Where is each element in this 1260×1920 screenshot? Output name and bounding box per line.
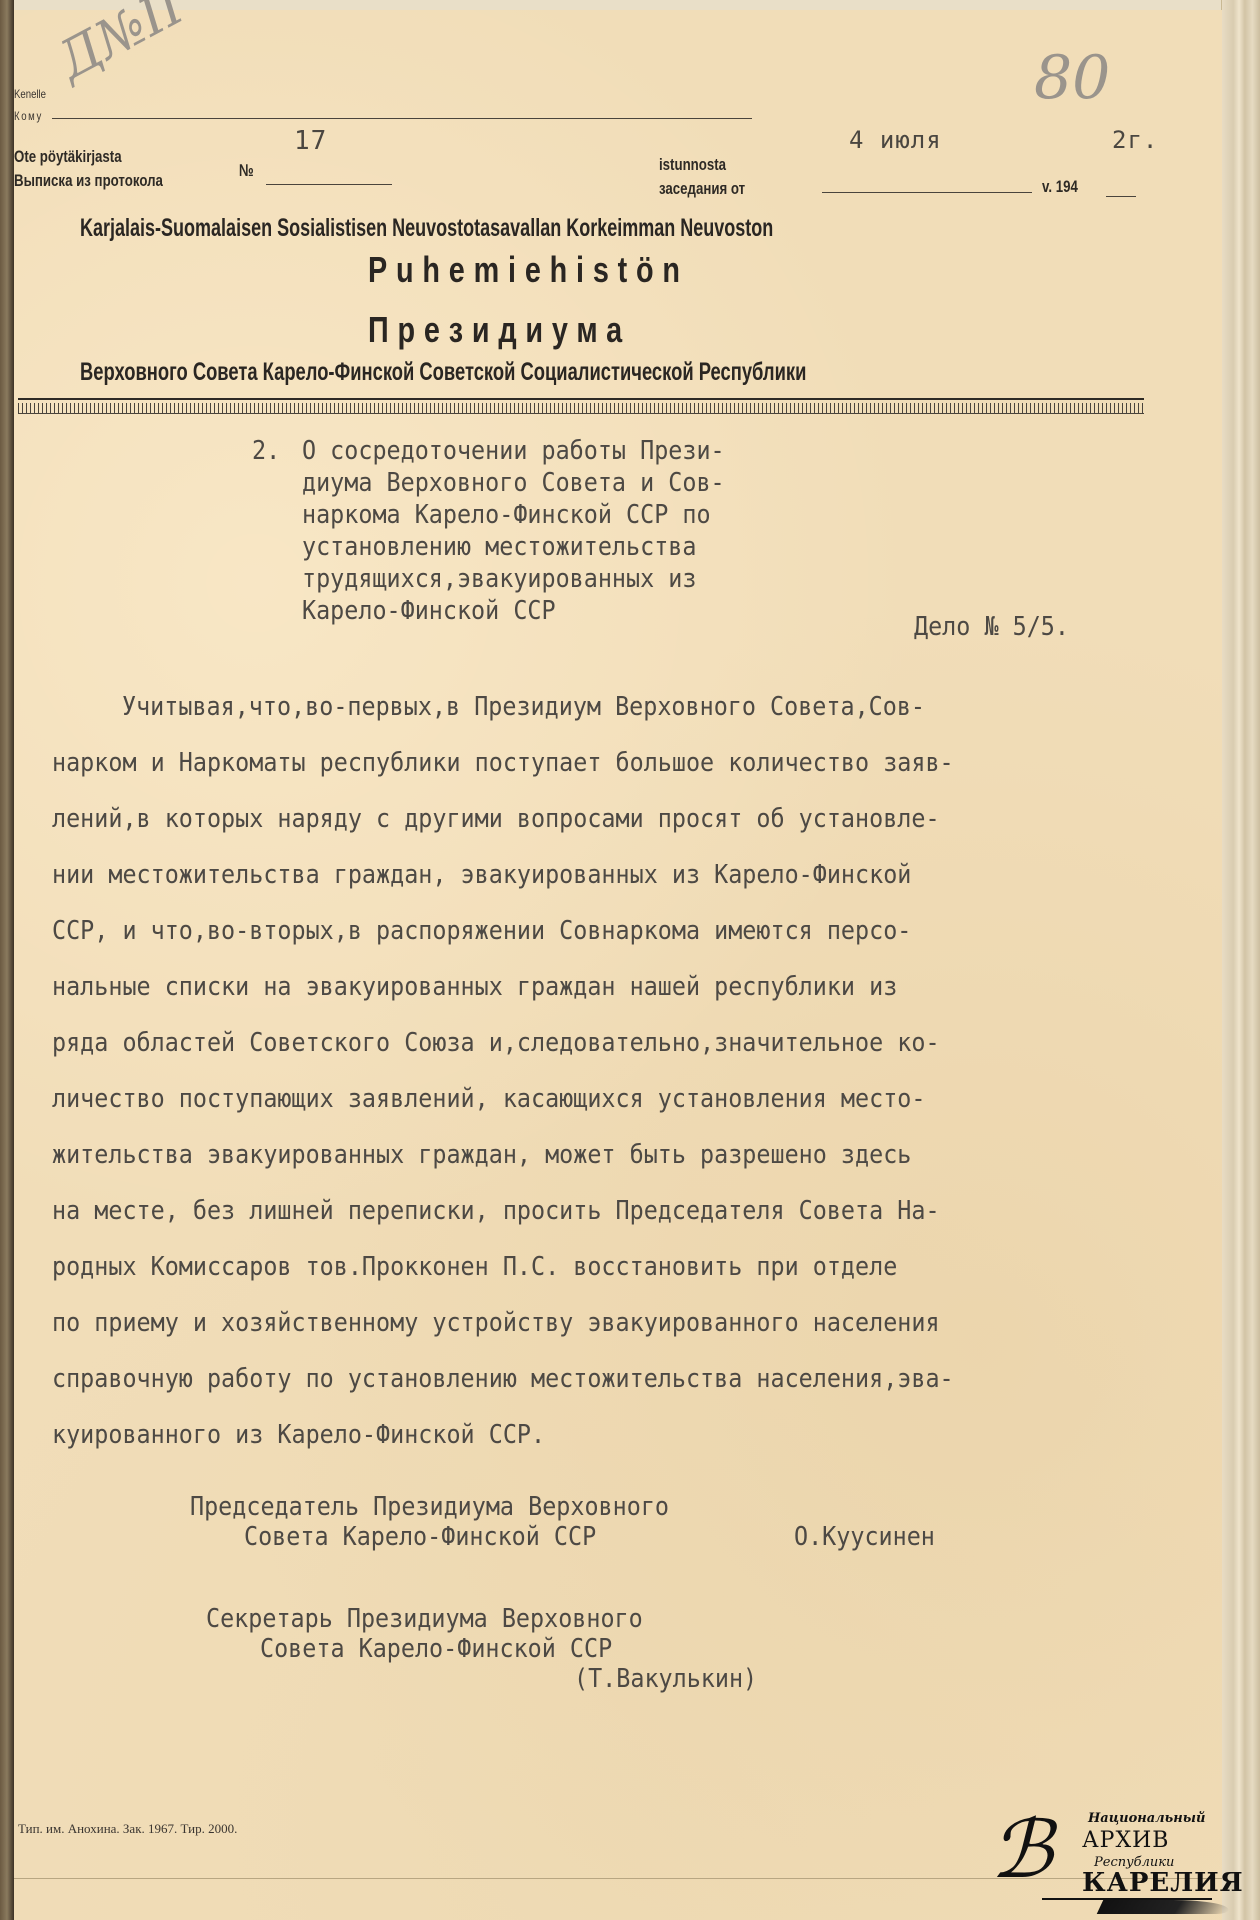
recipient-label-ru: Кому bbox=[14, 110, 43, 122]
year-prefix: v. 194 bbox=[1042, 178, 1078, 195]
body-line: нарком и Наркоматы республики поступает … bbox=[52, 750, 954, 776]
letterhead-rule bbox=[18, 398, 1144, 400]
archive-logo-line4: КАРЕЛИЯ bbox=[1082, 1870, 1244, 1896]
agenda-title-line: наркома Карело-Финской ССР по bbox=[302, 502, 711, 528]
agenda-item-number: 2. bbox=[252, 438, 280, 464]
body-line: нии местожительства граждан, эвакуирован… bbox=[52, 862, 911, 888]
body-line: по приему и хозяйственному устройству эв… bbox=[52, 1310, 940, 1336]
archive-monogram-icon: ℬ bbox=[990, 1810, 1053, 1890]
protocol-label-ru: Выписка из протокола bbox=[14, 172, 163, 189]
protocol-label-fi: Ote pöytäkirjasta bbox=[14, 148, 122, 165]
agenda-title-line: трудящихся,эвакуированных из bbox=[302, 566, 696, 592]
pencil-page-number: 80 bbox=[1034, 48, 1110, 108]
body-line: справочную работу по установлению местож… bbox=[52, 1366, 954, 1392]
body-line: нальные списки на эвакуированных граждан… bbox=[52, 974, 897, 1000]
letterhead-title-fi: Puhemiehistön bbox=[368, 252, 689, 288]
session-label-fi: istunnosta bbox=[659, 156, 726, 173]
chairman-title-line2: Совета Карело-Финской ССР bbox=[244, 1524, 596, 1550]
protocol-number-line bbox=[266, 184, 392, 185]
protocol-number: 17 bbox=[294, 128, 327, 154]
recipient-line bbox=[52, 118, 752, 119]
agenda-title-line: О сосредоточении работы Прези- bbox=[302, 438, 725, 464]
body-line: жительства эвакуированных граждан, может… bbox=[52, 1142, 911, 1168]
session-date: 4 июля bbox=[849, 128, 942, 152]
page-top-edge bbox=[14, 0, 1222, 10]
letterhead-line-ru: Верховного Совета Карело-Финской Советск… bbox=[80, 360, 806, 385]
archive-logo-line2: АРХИВ bbox=[1082, 1830, 1169, 1852]
year-suffix: 2г. bbox=[1112, 128, 1158, 152]
session-label-ru: заседания от bbox=[659, 180, 745, 197]
secretary-title-line1: Секретарь Президиума Верховного bbox=[206, 1606, 643, 1632]
agenda-title-line: Карело-Финской ССР bbox=[302, 598, 556, 624]
year-line bbox=[1106, 196, 1136, 197]
number-sign: № bbox=[239, 162, 254, 179]
body-line: ССР, и что,во-вторых,в распоряжении Совн… bbox=[52, 918, 911, 944]
case-number: Дело № 5/5. bbox=[914, 614, 1069, 640]
printer-imprint: Тип. им. Анохина. Зак. 1967. Тир. 2000. bbox=[18, 1822, 237, 1835]
body-line: Учитывая,что,во-первых,в Президиум Верхо… bbox=[122, 694, 925, 720]
letterhead-line-fi: Karjalais-Suomalaisen Sosialistisen Neuv… bbox=[80, 216, 773, 241]
archival-document-page: Kenelle Кому Д№II 80 Ote pöytäkirjasta В… bbox=[14, 10, 1222, 1920]
agenda-title-line: диума Верховного Совета и Сов- bbox=[302, 470, 725, 496]
archive-logo-line1: Национальный bbox=[1088, 1812, 1205, 1825]
body-line: родных Комиссаров тов.Прокконен П.С. вос… bbox=[52, 1254, 897, 1280]
body-line: лений,в которых наряду с другими вопроса… bbox=[52, 806, 940, 832]
letterhead-title-ru: Президиума bbox=[368, 312, 631, 348]
letterhead-ornament-border bbox=[18, 403, 1144, 414]
body-line: личество поступающих заявлений, касающих… bbox=[52, 1086, 925, 1112]
secretary-title-line2: Совета Карело-Финской ССР bbox=[260, 1636, 612, 1662]
secretary-name: (Т.Вакулькин) bbox=[574, 1666, 757, 1692]
agenda-title-line: установлению местожительства bbox=[302, 534, 696, 560]
archive-logo: ℬ Национальный АРХИВ Республики КАРЕЛИЯ bbox=[990, 1800, 1230, 1910]
chairman-name: О.Куусинен bbox=[794, 1524, 935, 1550]
body-line: на месте, без лишней переписки, просить … bbox=[52, 1198, 940, 1224]
page-stack-edge bbox=[1221, 0, 1260, 1920]
chairman-title-line1: Председатель Президиума Верховного bbox=[190, 1494, 669, 1520]
recipient-label-fi: Kenelle bbox=[14, 88, 46, 100]
body-line: куированного из Карело-Финской ССР. bbox=[52, 1422, 545, 1448]
body-line: ряда областей Советского Союза и,следова… bbox=[52, 1030, 940, 1056]
book-binding-edge bbox=[0, 0, 14, 1920]
pencil-annotation: Д№II bbox=[50, 0, 191, 88]
session-date-line bbox=[822, 192, 1032, 193]
quill-icon bbox=[1097, 1900, 1234, 1914]
